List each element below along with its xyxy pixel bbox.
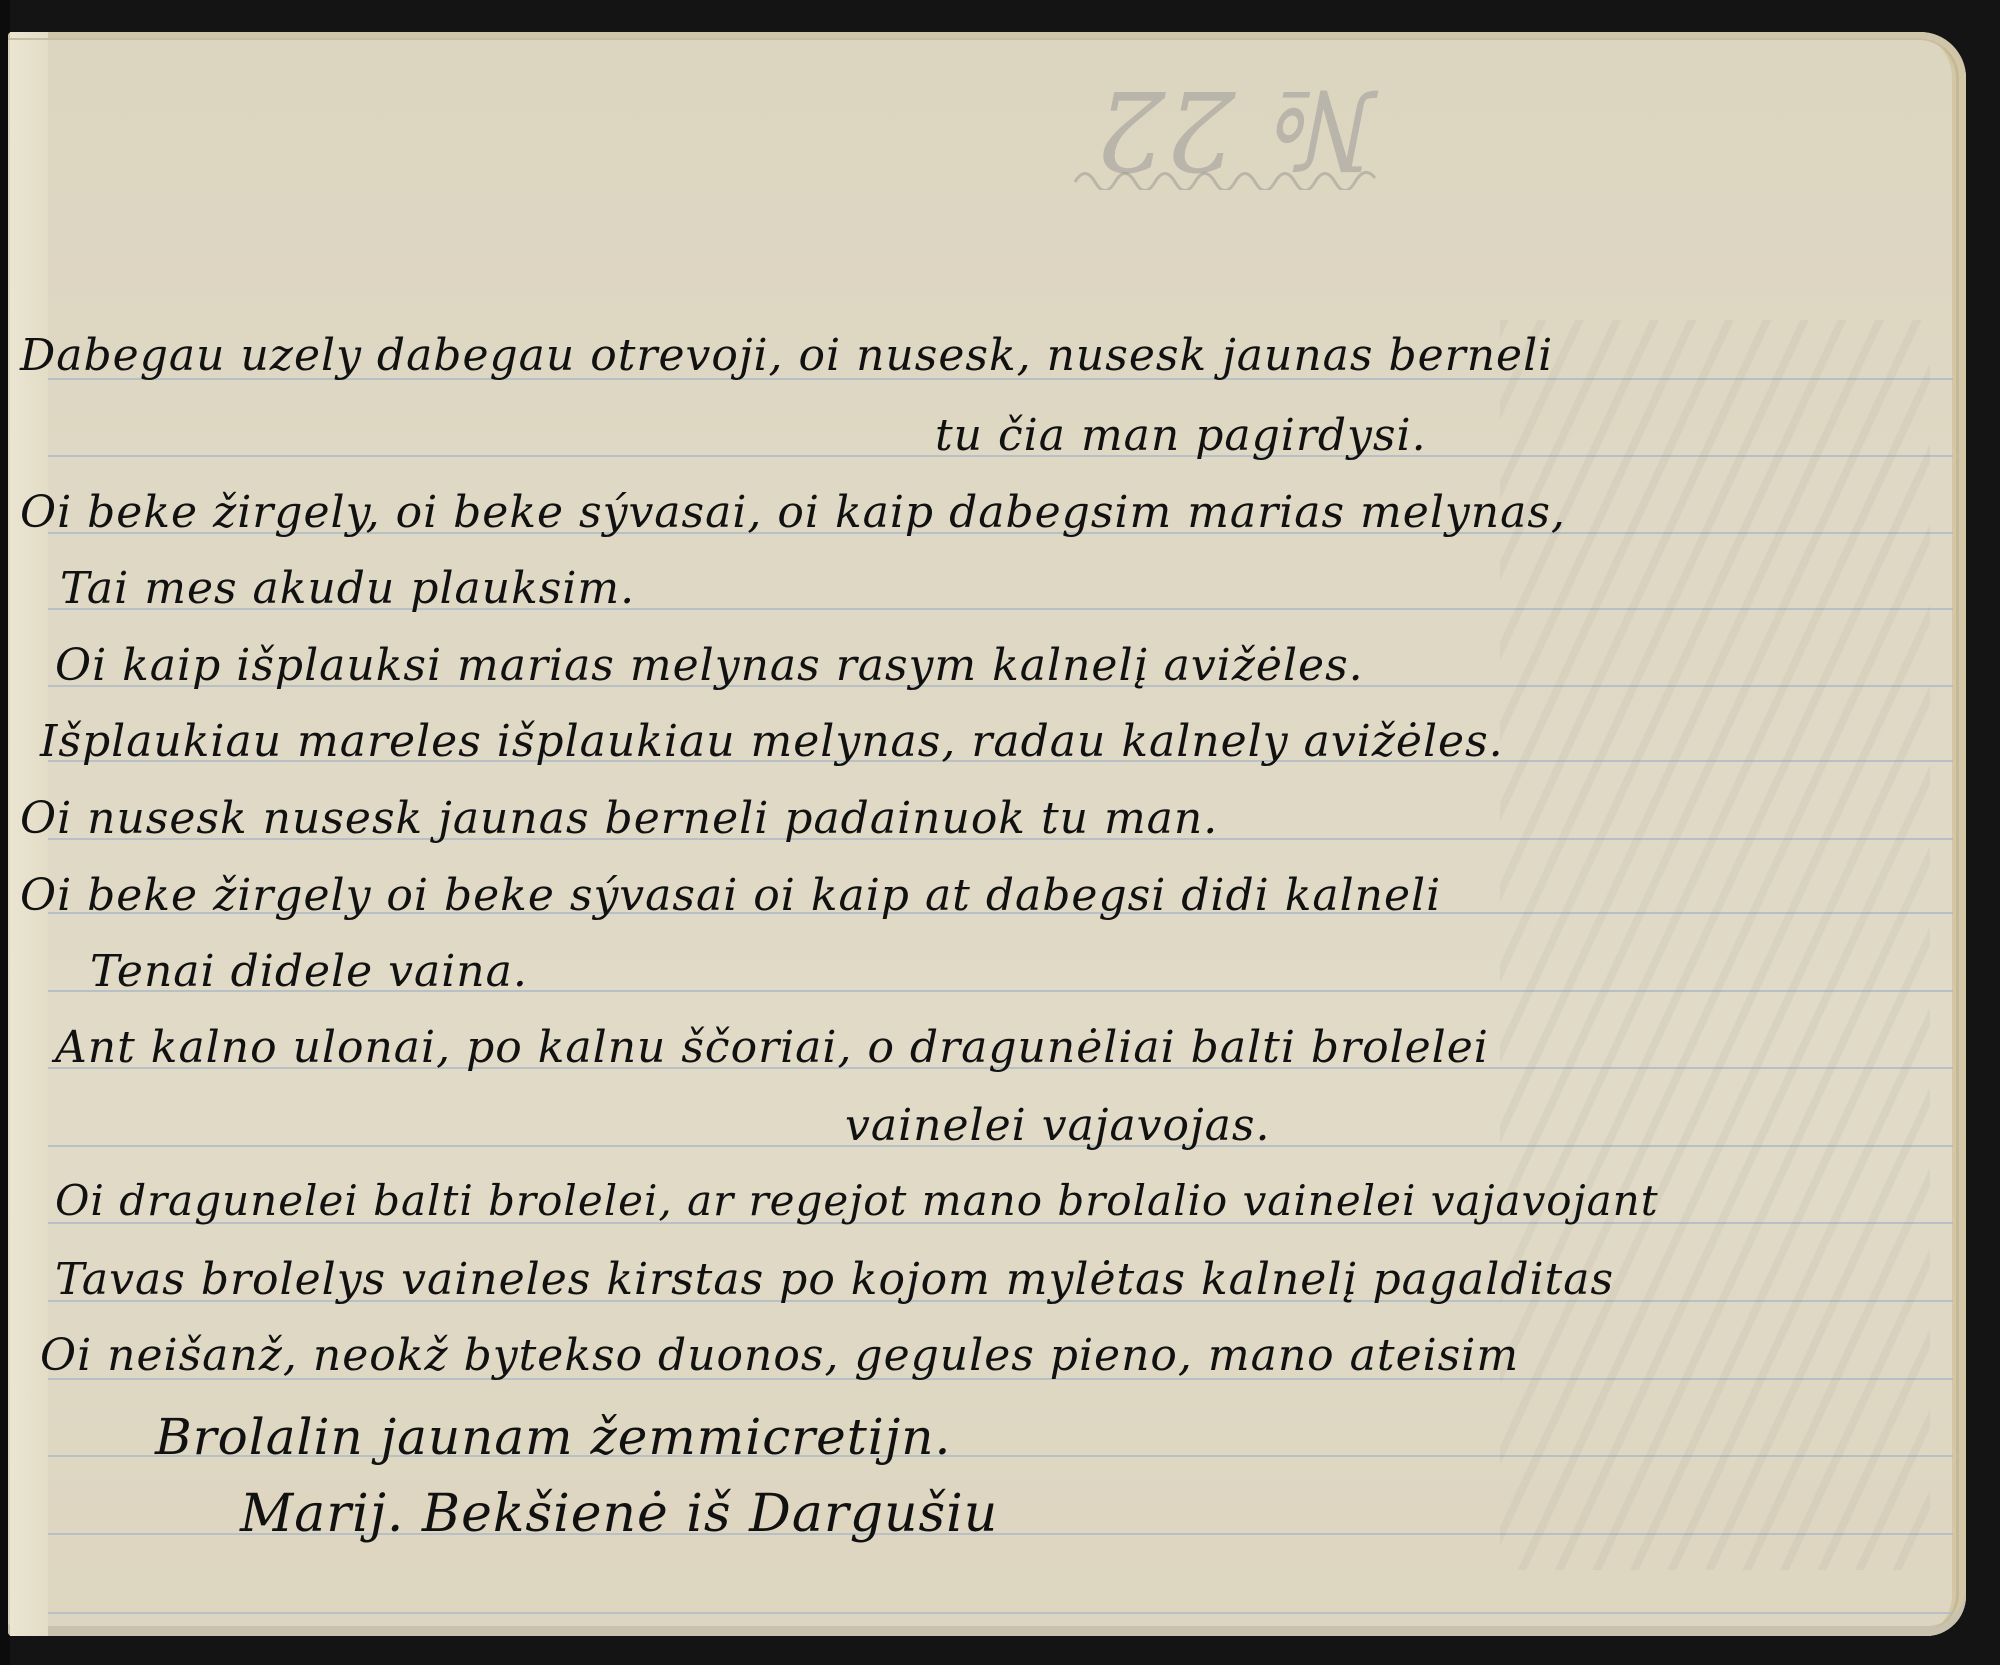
handwritten-line: Tai mes akudu plauksim.: [60, 563, 635, 614]
handwritten-line: Oi beke žirgely, oi beke sývasai, oi kai…: [20, 487, 1566, 538]
author-signature: Marij. Bekšienė iš Dargušiu: [240, 1484, 998, 1544]
faint-underline-squiggle: [1070, 160, 1390, 190]
handwritten-line: Dabegau uzely dabegau otrevoji, oi nuses…: [20, 330, 1553, 381]
ruled-line: [48, 1612, 1953, 1614]
handwritten-line: Oi nusesk nusesk jaunas berneli padainuo…: [20, 793, 1218, 844]
handwritten-line: Tavas brolelys vaineles kirstas po kojom…: [55, 1254, 1614, 1305]
handwritten-line: vainelei vajavojas.: [845, 1100, 1270, 1151]
handwritten-line: Brolalin jaunam žemmicretijn.: [155, 1408, 951, 1466]
handwritten-line: Oi neišanž, neokž bytekso duonos, gegule…: [40, 1330, 1519, 1381]
handwritten-line: tu čia man pagirdysi.: [935, 410, 1427, 461]
handwritten-line: Išplaukiau mareles išplaukiau melynas, r…: [40, 716, 1504, 767]
handwritten-line: Oi kaip išplauksi marias melynas rasym k…: [55, 640, 1364, 691]
handwritten-line: Oi dragunelei balti brolelei, ar regejot…: [55, 1176, 1659, 1225]
handwritten-line: Ant kalno ulonai, po kalnu ščoriai, o dr…: [55, 1022, 1489, 1073]
handwritten-line: Oi beke žirgely oi beke sývasai oi kaip …: [20, 870, 1441, 921]
handwritten-line: Tenai didele vaina.: [90, 946, 528, 997]
